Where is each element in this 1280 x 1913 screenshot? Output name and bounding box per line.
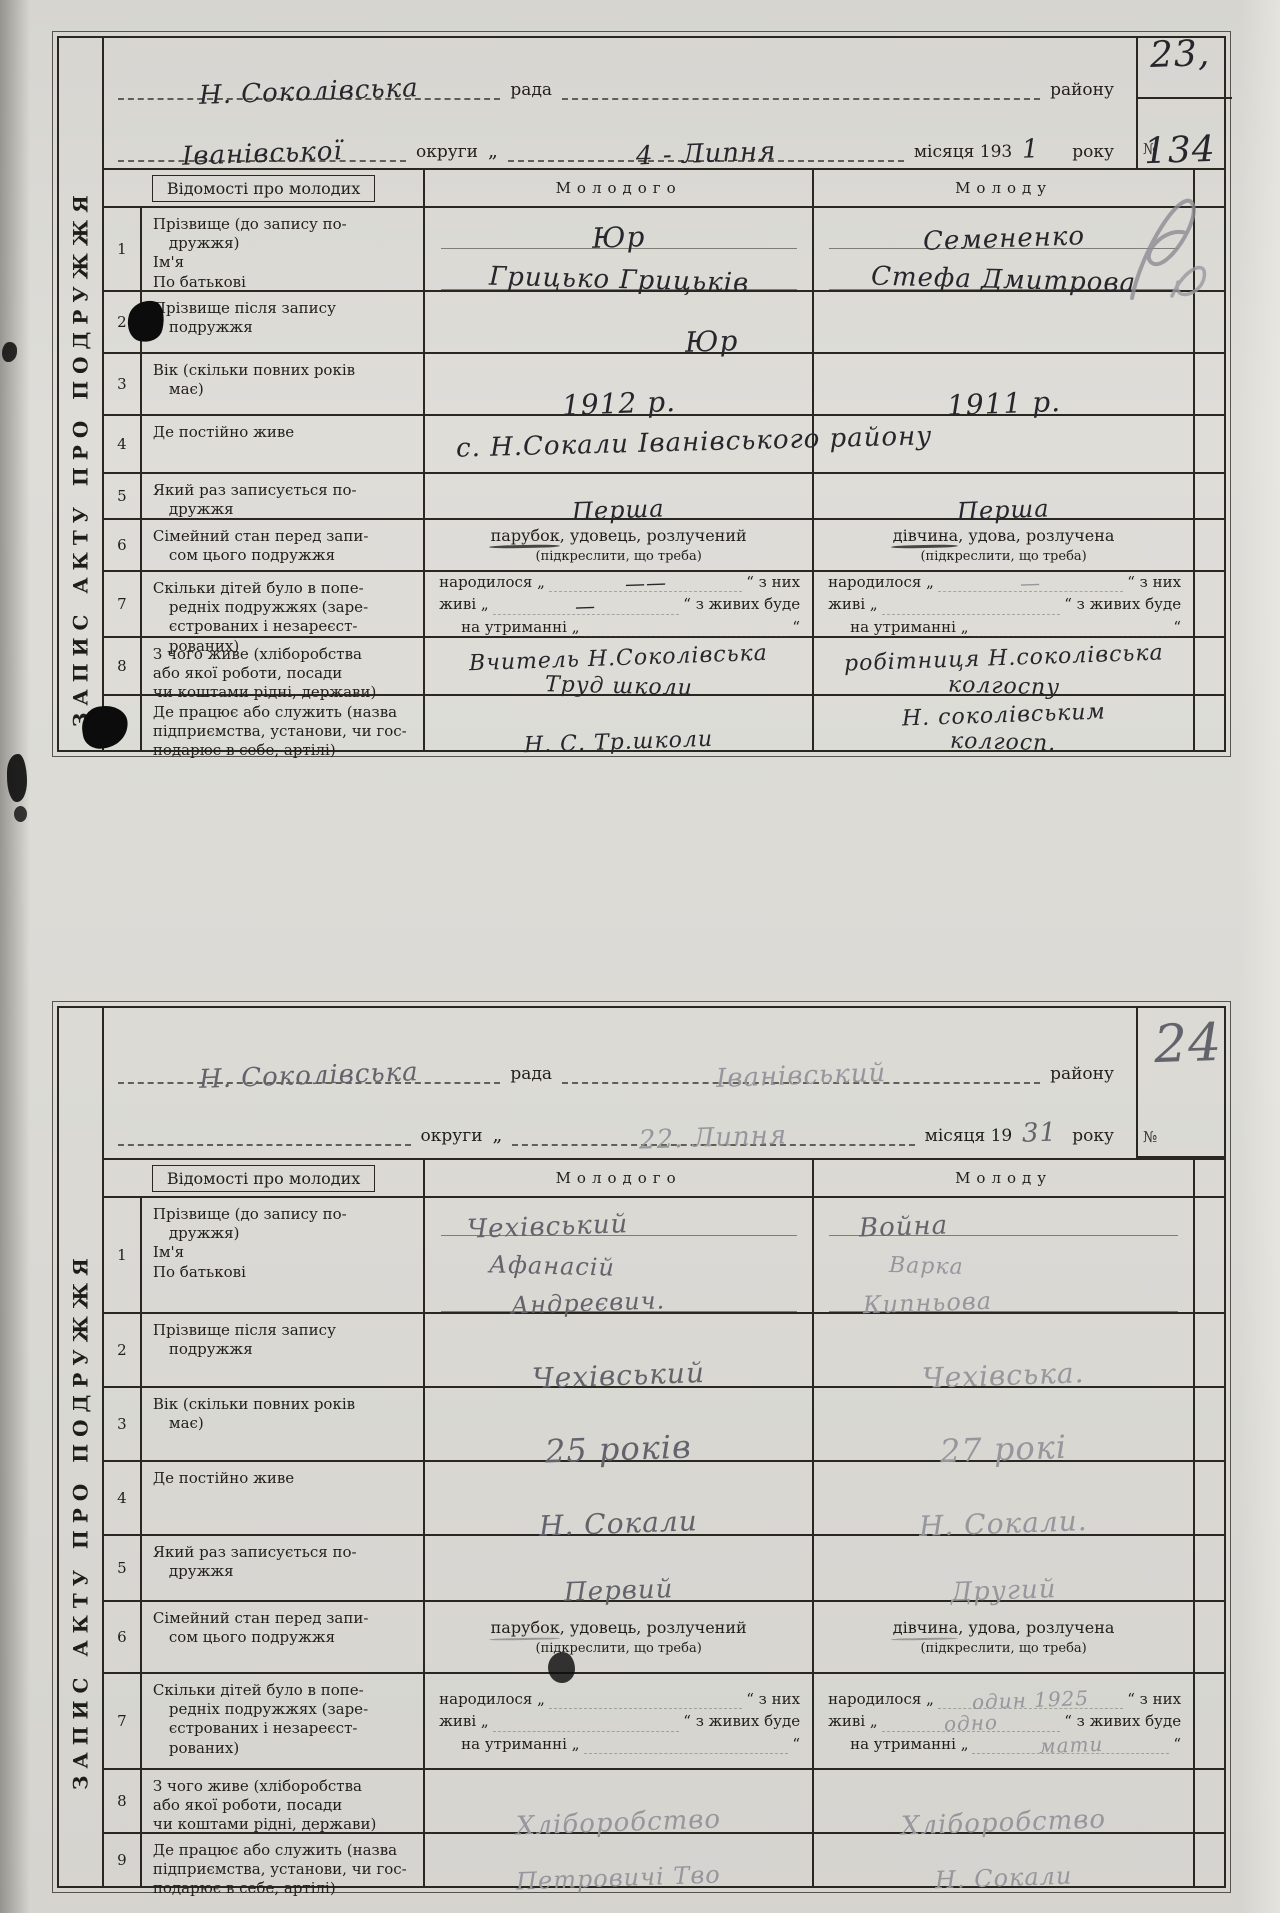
alive-suffix: “ з живих буде — [683, 595, 800, 615]
label-line: Прізвище (до запису по- — [153, 1205, 419, 1224]
ink-blot — [7, 754, 27, 802]
alive-label: живі „ — [439, 595, 489, 615]
bride-cell: дівчина, удова, розлучена (підкреслити, … — [812, 1602, 1193, 1672]
raion-handwriting: Іванівський — [716, 1061, 887, 1092]
label-line: По батькові — [153, 273, 419, 292]
scan-edge-highlight — [1240, 0, 1280, 1913]
born-label: народилося „ — [439, 573, 545, 593]
dependent-suffix: “ — [792, 1735, 800, 1755]
table-row-surname-after: 2 Прізвище після запису подружжя Чехівсь… — [104, 1312, 1224, 1386]
form-side-title: ЗАПИС АКТУ ПРО ПОДРУЖЖЯ — [59, 1158, 102, 1884]
groom-cell: парубок, удовець, розлучений (підкреслит… — [423, 520, 812, 570]
groom-cell: Чехівський — [423, 1314, 812, 1386]
bride-age-handwriting: 27 рокі — [940, 1431, 1068, 1466]
bride-surname-handwriting: Война — [859, 1213, 949, 1241]
rada-writein: Н. Соколівська — [118, 1048, 500, 1084]
extra-cell — [1193, 1198, 1224, 1312]
dependent-suffix: “ — [792, 618, 800, 638]
groom-cell: 25 років — [423, 1388, 812, 1460]
roku-label: року — [1072, 144, 1114, 162]
row-label: Прізвище (до запису по- дружжя) Ім'я По … — [140, 208, 423, 290]
groom-cell: 1912 р. — [423, 354, 812, 414]
row-label: Де постійно живе — [140, 416, 423, 472]
bride-workplace-handwriting-2: колгосп. — [950, 732, 1057, 756]
row-number: 5 — [104, 1536, 140, 1600]
row-label: Вік (скільки повних років має) — [140, 354, 423, 414]
label-line: дружжя — [153, 1562, 419, 1581]
date-handwriting: 22. Липня — [639, 1124, 788, 1154]
row-label: Сімейний стан перед запи- сом цього подр… — [140, 520, 423, 570]
row-label: Де працює або служить (назва підприємств… — [140, 696, 423, 750]
label-line: сом цього подружжя — [153, 1628, 419, 1647]
row-number: 8 — [104, 1770, 140, 1832]
row-label: З чого живе (хліборобства або якої робот… — [140, 638, 423, 694]
table-row-which-marriage: 5 Який раз записується по- дружжя Перша … — [104, 472, 1224, 518]
bride-cell: Н. Сокали. — [812, 1462, 1193, 1534]
table-row-which-marriage: 5 Який раз записується по- дружжя Первий… — [104, 1534, 1224, 1600]
born-suffix: “ з них — [746, 573, 800, 593]
row-number: 6 — [104, 1602, 140, 1672]
row-label: Прізвище (до запису по- дружжя) Ім'я По … — [140, 1198, 423, 1312]
dependent-suffix: “ — [1173, 618, 1181, 638]
date-writein: 4 - Липня — [508, 126, 904, 162]
row-label: Де постійно живе — [140, 1462, 423, 1534]
row-number: 2 — [104, 1314, 140, 1386]
label-line: З чого живе (хліборобства — [153, 1777, 419, 1796]
alive-suffix: “ з живих буде — [1064, 595, 1181, 615]
form-side-title: ЗАПИС АКТУ ПРО ПОДРУЖЖЯ — [59, 168, 102, 748]
rada-label: рада — [510, 82, 552, 100]
born-handwriting: — — [1020, 574, 1042, 594]
table-row-age: 3 Вік (скільки повних років має) 25 рокі… — [104, 1386, 1224, 1460]
label-line: редніх подружжях (заре- — [153, 598, 419, 617]
extra-cell — [1193, 1674, 1224, 1768]
status-note: (підкреслити, що треба) — [536, 549, 702, 564]
row-label: Сімейний стан перед запи- сом цього подр… — [140, 1602, 423, 1672]
table-row-workplace: 9 Де працює або служить (назва підприємс… — [104, 1832, 1224, 1886]
label-line: Скільки дітей було в попе- — [153, 1681, 419, 1700]
groom-surname-handwriting: Юр — [592, 224, 646, 252]
label-line: дружжя) — [153, 234, 419, 253]
bride-cell: Чехівська. — [812, 1314, 1193, 1386]
alive-label: живі „ — [828, 595, 878, 615]
table-row-livelihood: 8 З чого живе (хліборобства або якої роб… — [104, 636, 1224, 694]
extra-cell — [1193, 520, 1224, 570]
status-options: , удова, розлучена — [958, 1618, 1114, 1637]
groom-header: Молодого — [556, 1169, 682, 1187]
groom-header: Молодого — [556, 179, 682, 197]
bride-cell: народилося „один 1925“ з них живі „одно“… — [812, 1674, 1193, 1768]
bride-header: Молоду — [955, 179, 1052, 197]
label-line: дружжя) — [153, 1224, 419, 1243]
bride-cell: народилося „—“ з них живі „“ з живих буд… — [812, 572, 1193, 636]
okruha-writein — [118, 1110, 411, 1146]
status-underlined-option: дівчина — [893, 1618, 958, 1637]
row-number: 3 — [104, 354, 140, 414]
dependent-handwriting: мати — [1038, 1735, 1103, 1756]
marriage-record-form-1: ЗАПИС АКТУ ПРО ПОДРУЖЖЯ Н. Соколівська р… — [57, 36, 1226, 752]
row-number: 4 — [104, 1462, 140, 1534]
table-row-residence: 4 Де постійно живе с. Н.Сокали Іванівськ… — [104, 414, 1224, 472]
label-line: єстрованих і незареєст- — [153, 1719, 419, 1738]
number-box-divider — [1138, 97, 1232, 99]
row-label: Який раз записується по- дружжя — [140, 474, 423, 518]
bride-cell: Н. соколівським колгосп. — [812, 696, 1193, 750]
row-number: 3 — [104, 1388, 140, 1460]
record-number: 23, — [1149, 37, 1210, 73]
row-number: 8 — [104, 638, 140, 694]
row-number: 4 — [104, 416, 140, 472]
dependent-suffix: “ — [1173, 1735, 1181, 1755]
born-suffix: “ з них — [1127, 1690, 1181, 1710]
groom-workplace-handwriting: Н. С. Тр.школи — [524, 730, 714, 757]
label-line: подарює в себе, артілі) — [153, 1879, 419, 1898]
no-glyph: № — [1143, 1128, 1157, 1146]
label-line: Вік (скільки повних років — [153, 361, 419, 380]
raion-writein: Іванівський — [562, 1048, 1040, 1084]
extra-cell — [1193, 1536, 1224, 1600]
born-label: народилося „ — [828, 1690, 934, 1710]
form-header: Н. Соколівська рада району Іванівської о… — [104, 38, 1224, 168]
extra-cell — [1193, 354, 1224, 414]
year-handwriting: 1 — [1022, 137, 1063, 163]
rada-handwriting: Н. Соколівська — [199, 76, 419, 108]
surname-after-handwriting: Юр — [684, 328, 738, 356]
status-options: , удова, розлучена — [958, 526, 1114, 545]
extra-cell — [1193, 1314, 1224, 1386]
label-line: редніх подружжях (заре- — [153, 1700, 419, 1719]
groom-cell: Юр Грицько Грицьків — [423, 208, 812, 290]
status-options: , удовець, розлучений — [560, 1618, 747, 1637]
record-number: 24 — [1153, 1019, 1223, 1071]
label-line: Який раз записується по- — [153, 481, 419, 500]
status-note: (підкреслити, що треба) — [920, 1641, 1086, 1656]
extra-cell — [1193, 416, 1224, 472]
dependent-label: на утриманні „ — [461, 1735, 579, 1755]
row-number: 7 — [104, 572, 140, 636]
label-line: Ім'я — [153, 1243, 419, 1262]
label-line: чи коштами рідні, держави) — [153, 1815, 419, 1834]
row-label: Скільки дітей було в попе- редніх подруж… — [140, 572, 423, 636]
row-label: З чого живе (хліборобства або якої робот… — [140, 1770, 423, 1832]
table-row-age: 3 Вік (скільки повних років має) 1912 р.… — [104, 352, 1224, 414]
header-line-rada: Н. Соколівська рада Іванівський району — [118, 1048, 1114, 1084]
bride-cell: Хліборобство — [812, 1770, 1193, 1832]
groom-cell: народилося „——“ з них живі „—“ з живих б… — [423, 572, 812, 636]
groom-cell: Хліборобство — [423, 1770, 812, 1832]
bride-header-cell: Молоду — [812, 1160, 1193, 1196]
label-line: По батькові — [153, 1263, 419, 1282]
label-line: Де постійно живе — [153, 1469, 419, 1488]
info-header: Відомості про молодих — [152, 175, 376, 202]
groom-surname-handwriting: Чехівський — [466, 1212, 628, 1242]
bride-surname-handwriting: Семененко — [922, 224, 1085, 254]
table-row-marital-status: 6 Сімейний стан перед запи- сом цього по… — [104, 1600, 1224, 1672]
groom-cell: с. Н.Сокали Іванівського району — [423, 416, 812, 472]
extra-cell — [1193, 696, 1224, 750]
bride-cell: Другий — [812, 1536, 1193, 1600]
alive-handwriting: одно — [944, 1713, 999, 1734]
born-suffix: “ з них — [1127, 573, 1181, 593]
row-label: Вік (скільки повних років має) — [140, 1388, 423, 1460]
alive-suffix: “ з живих буде — [1064, 1712, 1181, 1732]
born-handwriting: —— — [624, 574, 667, 594]
label-line: рованих) — [153, 1739, 419, 1758]
table-header-row: Відомості про молодих Молодого Молоду — [104, 170, 1224, 206]
table-row-children: 7 Скільки дітей було в попе- редніх подр… — [104, 570, 1224, 636]
label-line: З чого живе (хліборобства — [153, 645, 419, 664]
bride-cell: Война Варка Кипньова — [812, 1198, 1193, 1312]
marriage-record-form-2: ЗАПИС АКТУ ПРО ПОДРУЖЖЯ Н. Соколівська р… — [57, 1006, 1226, 1888]
status-options: , удовець, розлучений — [560, 526, 747, 545]
record-number-2: 134 — [1143, 133, 1216, 170]
bride-cell: Перша — [812, 474, 1193, 518]
ink-blot — [548, 1652, 575, 1683]
row-label: Скільки дітей було в попе- редніх подруж… — [140, 1674, 423, 1768]
row-number: 6 — [104, 520, 140, 570]
table-row-residence: 4 Де постійно живе Н. Сокали Н. Сокали. — [104, 1460, 1224, 1534]
extra-cell — [1193, 1770, 1224, 1832]
label-line: або якої роботи, посади — [153, 1796, 419, 1815]
record-number-box: № 24 — [1136, 1006, 1226, 1158]
groom-cell: Н. С. Тр.школи — [423, 696, 812, 750]
groom-header-cell: Молодого — [423, 170, 812, 206]
okruha-label: округи — [416, 144, 478, 162]
groom-cell: Н. Сокали — [423, 1462, 812, 1534]
label-line: подружжя — [153, 318, 419, 337]
row-label: Прізвище після запису подружжя — [140, 292, 423, 352]
label-line: Скільки дітей було в попе- — [153, 579, 419, 598]
scan-edge-shadow — [0, 0, 30, 1913]
label-line: Де працює або служить (назва — [153, 703, 419, 722]
row-number: 7 — [104, 1674, 140, 1768]
dependent-label: на утриманні „ — [461, 618, 579, 638]
table-row-workplace: Де працює або служить (назва підприємств… — [104, 694, 1224, 750]
label-line: підприємства, установи, чи гос- — [153, 722, 419, 741]
row-number: 1 — [104, 1198, 140, 1312]
groom-cell: Первий — [423, 1536, 812, 1600]
table-row-names: 1 Прізвище (до запису по- дружжя) Ім'я П… — [104, 206, 1224, 290]
rada-label: рада — [510, 1066, 552, 1084]
table-row-names: 1 Прізвище (до запису по- дружжя) Ім'я П… — [104, 1196, 1224, 1312]
label-line: єстрованих і незареєст- — [153, 617, 419, 636]
label-line: Вік (скільки повних років — [153, 1395, 419, 1414]
label-line: підприємства, установи, чи гос- — [153, 1860, 419, 1879]
raion-label: району — [1050, 1066, 1114, 1084]
bride-header: Молоду — [955, 1169, 1052, 1187]
alive-suffix: “ з живих буде — [683, 1712, 800, 1732]
date-writein: 22. Липня — [512, 1110, 914, 1146]
table-row-surname-after: 2 Прізвище після запису подружжя Юр — [104, 290, 1224, 352]
label-line: має) — [153, 380, 419, 399]
dependent-label: на утриманні „ — [850, 618, 968, 638]
groom-cell: народилося „“ з них живі „“ з живих буде… — [423, 1674, 812, 1768]
date-handwriting: 4 - Липня — [635, 140, 776, 170]
extra-cell — [1193, 1602, 1224, 1672]
extra-cell — [1193, 1834, 1224, 1886]
info-header: Відомості про молодих — [152, 1165, 376, 1192]
row-label: Де працює або служить (назва підприємств… — [140, 1834, 423, 1886]
label-line: сом цього подружжя — [153, 546, 419, 565]
label-line: Прізвище (до запису по- — [153, 215, 419, 234]
bride-cell: дівчина, удова, розлучена (підкреслити, … — [812, 520, 1193, 570]
groom-cell: Юр — [423, 292, 812, 352]
table-header-row: Відомості про молодих Молодого Молоду — [104, 1160, 1224, 1196]
record-table: Відомості про молодих Молодого Молоду 1 … — [104, 168, 1224, 750]
label-line: Сімейний стан перед запи- — [153, 527, 419, 546]
born-handwriting: один 1925 — [972, 1689, 1090, 1712]
okruha-writein: Іванівської — [118, 126, 406, 162]
pencil-scribble — [1112, 178, 1222, 308]
record-table: Відомості про молодих Молодого Молоду 1 … — [104, 1158, 1224, 1886]
label-line: Ім'я — [153, 253, 419, 272]
status-underlined-option: парубок — [491, 526, 560, 545]
extra-cell — [1193, 1388, 1224, 1460]
extra-cell — [1193, 1462, 1224, 1534]
groom-cell: Чехівський Афанасій Андреєвич. — [423, 1198, 812, 1312]
label-line: має) — [153, 1414, 419, 1433]
born-suffix: “ з них — [746, 1690, 800, 1710]
label-line: Прізвище після запису — [153, 299, 419, 318]
row-number: 9 — [104, 1834, 140, 1886]
row-label: Прізвище після запису подружжя — [140, 1314, 423, 1386]
dependent-label: на утриманні „ — [850, 1735, 968, 1755]
groom-cell: Перша — [423, 474, 812, 518]
status-note: (підкреслити, що треба) — [920, 549, 1086, 564]
row-number: 1 — [104, 208, 140, 290]
born-label: народилося „ — [439, 1690, 545, 1710]
record-number-box: № 23, 134 — [1136, 36, 1226, 170]
alive-label: живі „ — [439, 1712, 489, 1732]
rada-handwriting: Н. Соколівська — [199, 1060, 419, 1092]
raion-label: району — [1050, 82, 1114, 100]
okruha-handwriting: Іванівської — [181, 140, 342, 170]
table-row-children: 7 Скільки дітей було в попе- редніх подр… — [104, 1672, 1224, 1768]
bride-cell: робітниця Н.соколівська колгоспу — [812, 638, 1193, 694]
header-line-rada: Н. Соколівська рада району — [118, 64, 1114, 100]
ink-blot — [14, 806, 27, 822]
groom-cell: Вчитель Н.Соколівська Труд школи — [423, 638, 812, 694]
groom-name-handwriting: Афанасій — [488, 1253, 615, 1279]
extra-cell — [1193, 638, 1224, 694]
alive-label: живі „ — [828, 1712, 878, 1732]
label-line: подружжя — [153, 1340, 419, 1359]
form-header: Н. Соколівська рада Іванівський району о… — [104, 1008, 1224, 1158]
row-number: 5 — [104, 474, 140, 518]
status-underlined-option: дівчина — [893, 526, 958, 545]
rada-writein: Н. Соколівська — [118, 64, 500, 100]
header-line-date: Іванівської округи „ 4 - Липня місяця 19… — [118, 126, 1114, 162]
open-quote: „ — [493, 1126, 503, 1146]
info-header-cell: Відомості про молодих — [104, 170, 423, 206]
label-line: Де працює або служить (назва — [153, 1841, 419, 1860]
header-line-date: округи „ 22. Липня місяця 19 31 року — [118, 1110, 1114, 1146]
bride-workplace-handwriting: Н. Сокали — [935, 1865, 1073, 1893]
bride-cell: 1911 р. — [812, 354, 1193, 414]
year-handwriting: 31 — [1022, 1121, 1063, 1147]
label-line: подарює в себе, артілі) — [153, 741, 419, 760]
info-header-cell: Відомості про молодих — [104, 1160, 423, 1196]
table-row-marital-status: 6 Сімейний стан перед запи- сом цього по… — [104, 518, 1224, 570]
groom-cell: Петровичі Тво — [423, 1834, 812, 1886]
bride-cell: Н. Сокали — [812, 1834, 1193, 1886]
label-line: Прізвище після запису — [153, 1321, 419, 1340]
groom-cell: парубок, удовець, розлучений (підкреслит… — [423, 1602, 812, 1672]
raion-writein — [562, 64, 1040, 100]
label-line: Де постійно живе — [153, 423, 419, 442]
roku-label: року — [1072, 1128, 1114, 1146]
label-line: або якої роботи, посади — [153, 664, 419, 683]
alive-handwriting: — — [575, 596, 597, 616]
label-line: дружжя — [153, 500, 419, 519]
label-line: Який раз записується по- — [153, 1543, 419, 1562]
table-row-livelihood: 8 З чого живе (хліборобства або якої роб… — [104, 1768, 1224, 1832]
bride-cell: 27 рокі — [812, 1388, 1193, 1460]
month-label: місяця 193 — [914, 144, 1012, 162]
extra-cell — [1193, 474, 1224, 518]
row-label: Який раз записується по- дружжя — [140, 1536, 423, 1600]
groom-header-cell: Молодого — [423, 1160, 812, 1196]
month-label: місяця 19 — [925, 1128, 1013, 1146]
bride-name-handwriting: Варка — [889, 1256, 964, 1279]
label-line: Сімейний стан перед запи- — [153, 1609, 419, 1628]
okruha-label: округи — [421, 1128, 483, 1146]
extra-header-cell — [1193, 1160, 1224, 1196]
open-quote: „ — [488, 142, 498, 162]
status-underlined-option: парубок — [491, 1618, 560, 1637]
extra-cell — [1193, 572, 1224, 636]
born-label: народилося „ — [828, 573, 934, 593]
groom-workplace-handwriting: Петровичі Тво — [516, 1864, 721, 1894]
